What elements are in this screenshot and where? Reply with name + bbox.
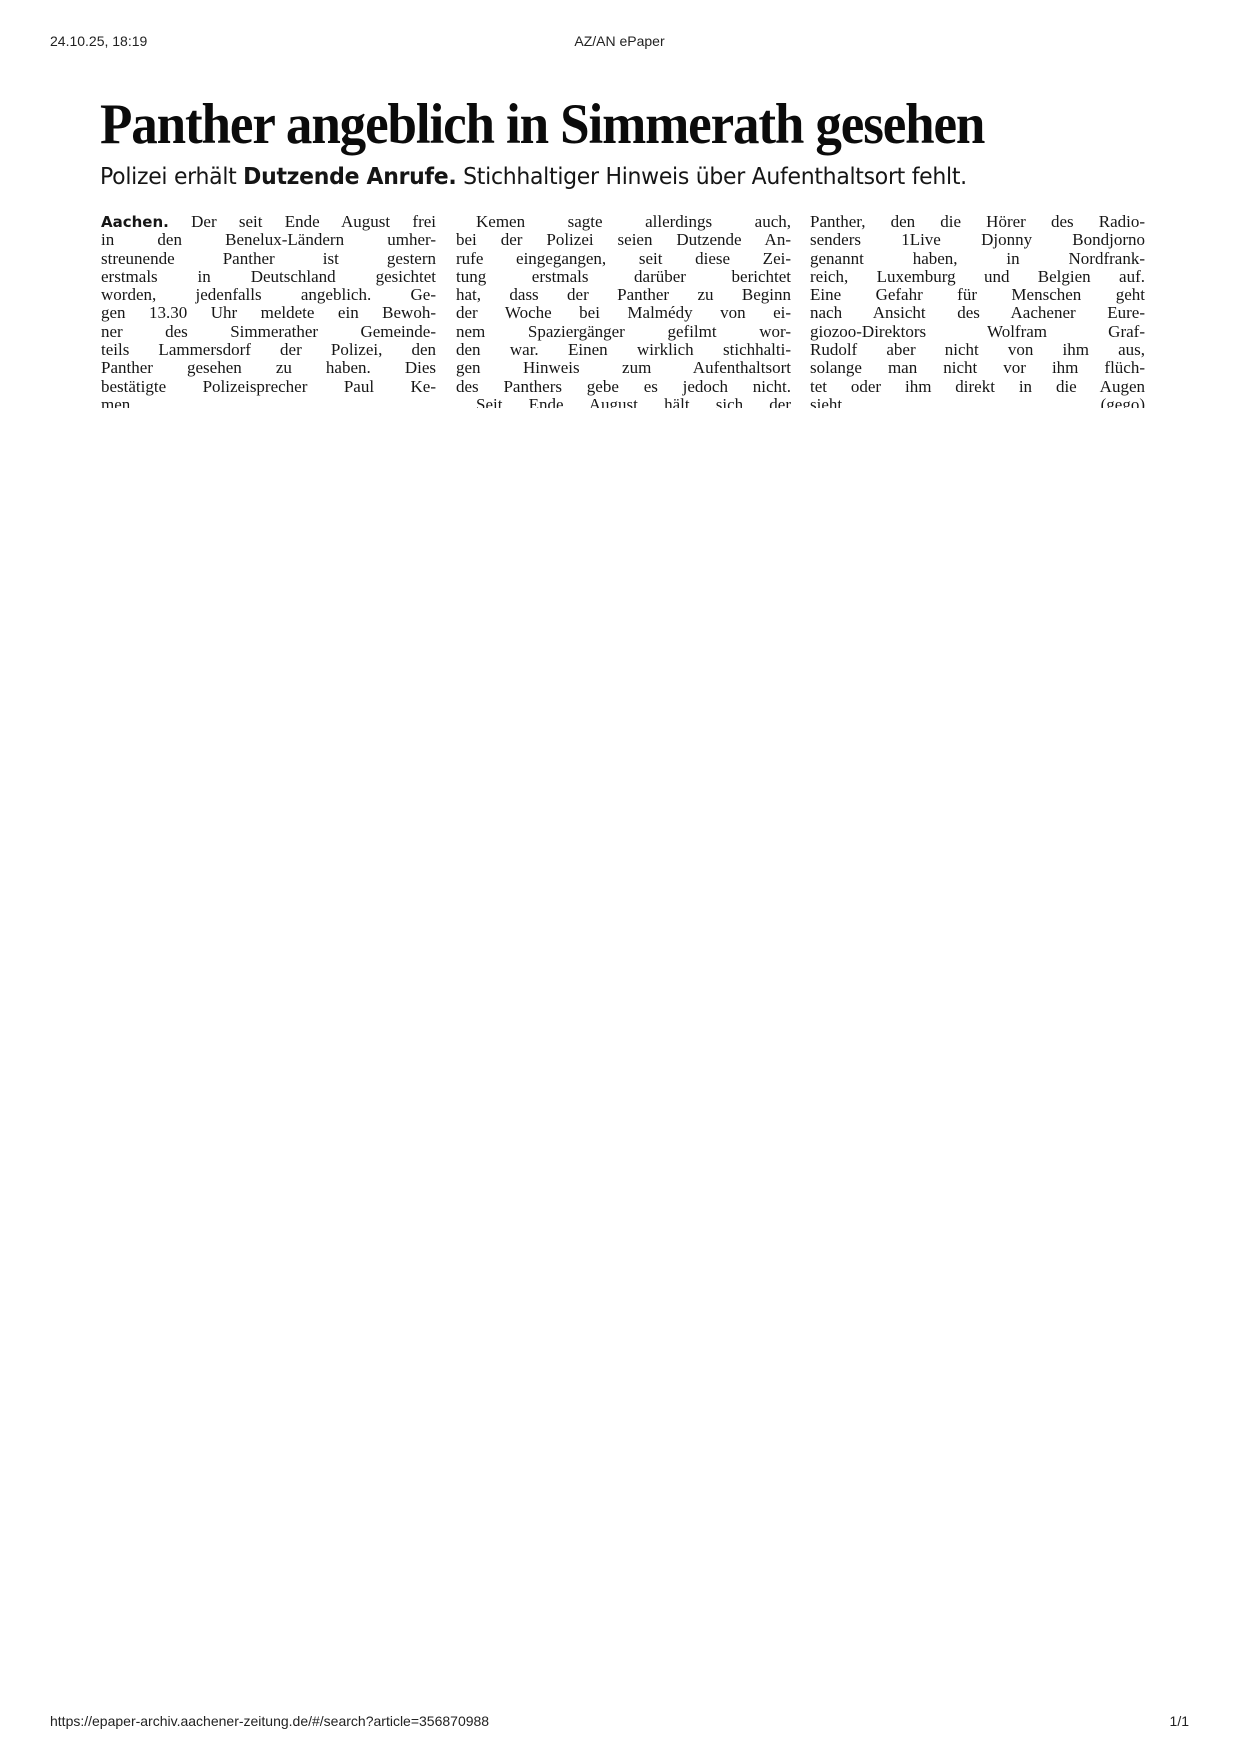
text-line: bei der Polizei seien Dutzende An- (456, 231, 791, 249)
text-line: genannt haben, in Nordfrank- (810, 250, 1145, 268)
text-line: nem Spaziergänger gefilmt wor- (456, 323, 791, 341)
article-column-3: Panther, den die Hörer des Radio- sender… (810, 213, 1145, 408)
text-line: rufe eingegangen, seit diese Zei- (456, 250, 791, 268)
text-line: solange man nicht vor ihm flüch- (810, 359, 1145, 377)
text-line: erstmals in Deutschland gesichtet (101, 268, 436, 286)
text-line: senders 1Live Djonny Bondjorno (810, 231, 1145, 249)
text-line: giozoo-Direktors Wolfram Graf- (810, 323, 1145, 341)
text-line: worden, jedenfalls angeblich. Ge- (101, 286, 436, 304)
text-line: reich, Luxemburg und Belgien auf. (810, 268, 1145, 286)
subheadline-part2: Stichhaltiger Hinweis über Aufenthaltsor… (456, 164, 966, 190)
text-line: sieht. (810, 396, 846, 408)
article-dateline: Aachen. (101, 213, 169, 231)
text-line: der Woche bei Malmédy von ei- (456, 304, 791, 322)
text-line: teils Lammersdorf der Polizei, den (101, 341, 436, 359)
print-footer: https://epaper-archiv.aachener-zeitung.d… (0, 1713, 1239, 1733)
subheadline-part1: Polizei erhält (100, 164, 243, 190)
text-line: gen 13.30 Uhr meldete ein Bewoh- (101, 304, 436, 322)
text-line: men. (101, 396, 436, 408)
text-line: Panther gesehen zu haben. Dies (101, 359, 436, 377)
article-column-1: Aachen. Der seit Ende August frei in den… (101, 213, 436, 408)
print-page-title: AZ/AN ePaper (0, 33, 1239, 49)
subheadline-bold: Dutzende Anrufe. (243, 164, 456, 190)
print-header: 24.10.25, 18:19 AZ/AN ePaper (0, 33, 1239, 53)
text-line: Aachen. Der seit Ende August frei (101, 213, 436, 231)
text-line: Seit Ende August hält sich der (456, 396, 791, 408)
article-subheadline: Polizei erhält Dutzende Anrufe. Stichhal… (100, 162, 1099, 192)
final-line-with-byline: sieht. (gego) (810, 396, 1145, 408)
text-line: hat, dass der Panther zu Beginn (456, 286, 791, 304)
text-line: Rudolf aber nicht von ihm aus, (810, 341, 1145, 359)
author-byline: (gego) (1101, 396, 1145, 408)
text-line: den war. Einen wirklich stichhalti- (456, 341, 791, 359)
article-headline: Panther angeblich in Simmerath gesehen (100, 92, 1073, 158)
text-line: bestätigte Polizeisprecher Paul Ke- (101, 378, 436, 396)
text-line: streunende Panther ist gestern (101, 250, 436, 268)
text-line: tet oder ihm direkt in die Augen (810, 378, 1145, 396)
article-column-2: Kemen sagte allerdings auch, bei der Pol… (456, 213, 791, 408)
text-line: Eine Gefahr für Menschen geht (810, 286, 1145, 304)
text-line: in den Benelux-Ländern umher- (101, 231, 436, 249)
text-line: tung erstmals darüber berichtet (456, 268, 791, 286)
text-line: nach Ansicht des Aachener Eure- (810, 304, 1145, 322)
text-line: gen Hinweis zum Aufenthaltsort (456, 359, 791, 377)
text-line: ner des Simmerather Gemeinde- (101, 323, 436, 341)
source-url: https://epaper-archiv.aachener-zeitung.d… (50, 1713, 489, 1729)
page-number: 1/1 (1170, 1713, 1189, 1729)
newspaper-article: Panther angeblich in Simmerath gesehen P… (100, 92, 1146, 192)
article-body: Aachen. Der seit Ende August frei in den… (100, 213, 1146, 473)
text-line: des Panthers gebe es jedoch nicht. (456, 378, 791, 396)
text-line: Kemen sagte allerdings auch, (456, 213, 791, 231)
text-line: Panther, den die Hörer des Radio- (810, 213, 1145, 231)
